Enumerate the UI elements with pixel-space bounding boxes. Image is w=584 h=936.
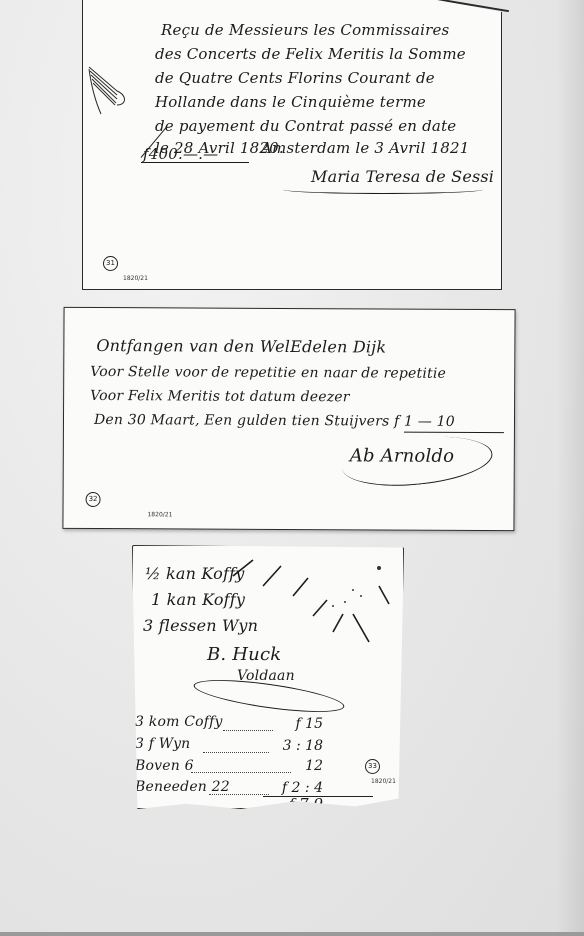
receipt-1-place-date: Amsterdam le 3 Avril 1821 [261,139,470,157]
scanned-page: Reçu de Messieurs les Commissaires des C… [0,0,584,936]
receipt-slip-2: Ontfangen van den WelEdelen Dijk Voor St… [62,307,515,531]
folio-stamp-33: 33 [365,759,380,774]
archive-reference: 1820/21 [123,275,148,282]
signature-flourish [340,430,495,492]
item-1-label: 3 kom Coffy [135,714,223,730]
item-2-amount: 3 : 18 [263,738,323,754]
total-amount: f 7 9 [243,795,323,813]
folio-stamp-32: 32 [86,492,101,507]
amount-underline [141,162,249,163]
receipt-1-line-2: des Concerts de Felix Meritis la Somme [155,45,466,63]
dotted-leader [203,752,269,753]
item-3-amount: 12 [283,758,323,774]
scan-edge-shadow [556,0,584,936]
amount-rule [404,432,504,434]
receipt-slip-3: ½ kan Koffy 1 kan Koffy 3 flessen Wyn B.… [132,545,404,809]
archive-reference: 1820/21 [371,778,396,785]
receipt-slip-1: Reçu de Messieurs les Commissaires des C… [82,0,502,290]
item-3-label: Boven 6 [135,758,194,774]
receipt-1-signature: Maria Teresa de Sessi [311,167,494,186]
receipt-2-line-4: Den 30 Maart, Een gulden tien Stuijvers [94,412,390,430]
receipt-3-signature: B. Huck [207,644,281,665]
receipt-1-line-1: Reçu de Messieurs les Commissaires [161,21,449,39]
archive-reference: 1820/21 [147,511,172,518]
receipt-1-line-4: Hollande dans le Cinquième terme [155,93,426,111]
margin-pen-scribble-icon [87,61,129,116]
receipt-2-amount: f 1 — 10 [394,414,455,430]
dotted-leader [191,772,291,773]
item-1-amount: f 15 [273,716,323,732]
scan-bottom-edge [0,932,584,936]
receipt-2-line-1: Ontfangen van den WelEdelen Dijk [96,336,386,357]
receipt-1-line-3: de Quatre Cents Florins Courant de [155,69,435,87]
receipt-2-line-2: Voor Stelle voor de repetitie en naar de… [90,364,446,382]
receipt-1-line-5: de payement du Contrat passé en date [155,117,456,135]
folio-stamp-31: 31 [103,256,118,271]
item-4-label: Beneeden 22 [135,779,230,795]
item-4-amount: f 2 : 4 [259,780,323,796]
signature-flourish [283,185,483,194]
dotted-leader [223,730,273,731]
receipt-1-amount: f400.—.— [143,145,218,163]
item-2-label: 3 f Wyn [135,736,190,752]
receipt-2-line-3: Voor Felix Meritis tot datum deezer [90,388,350,405]
